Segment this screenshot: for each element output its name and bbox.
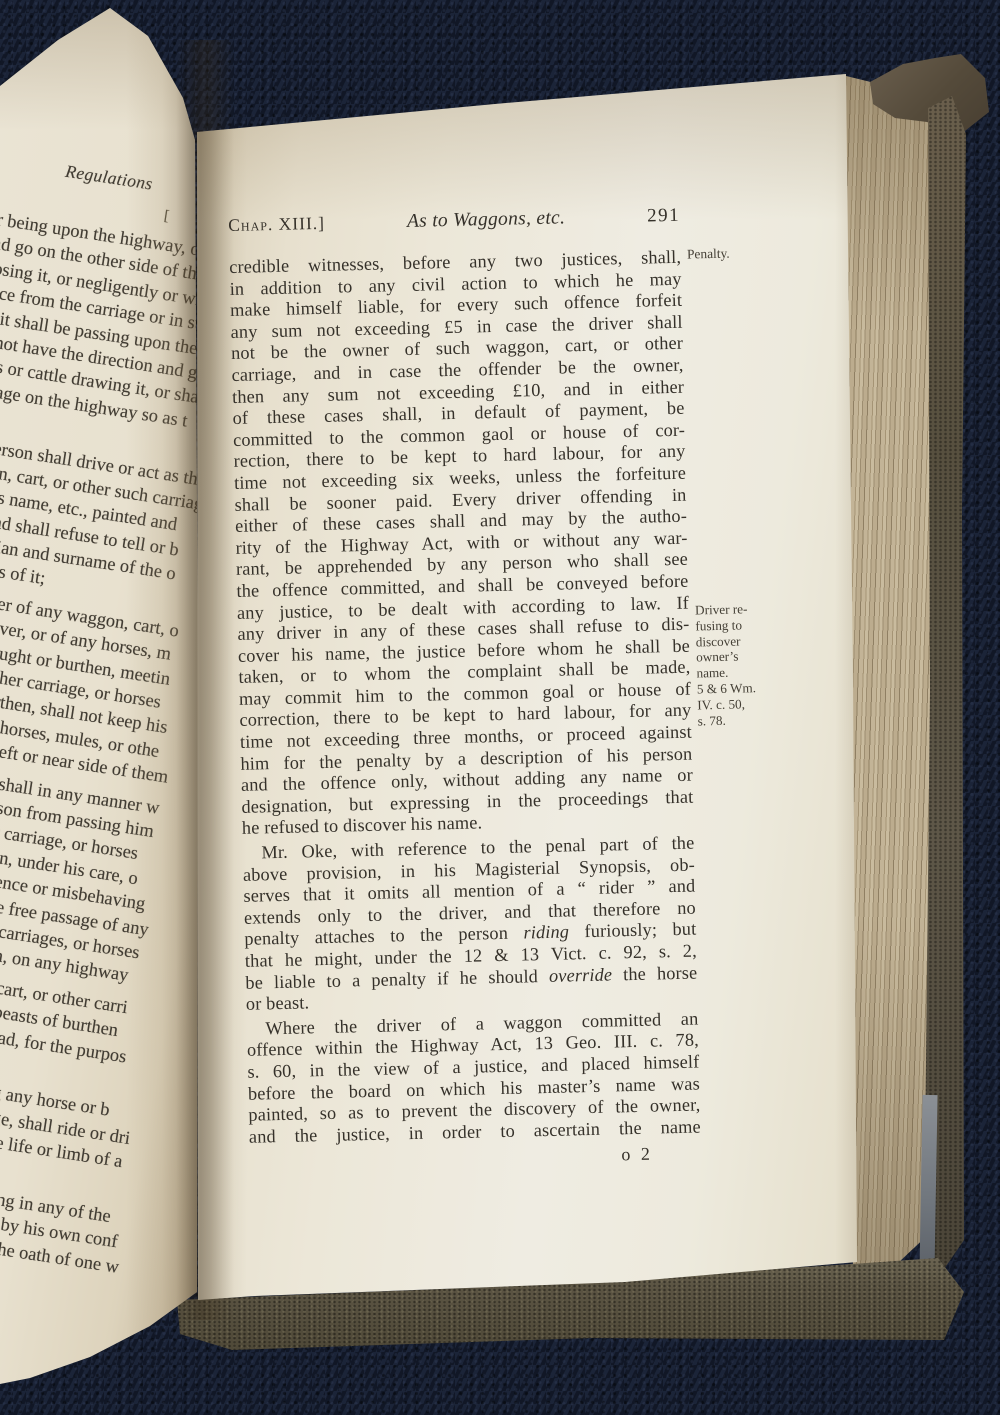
photo-background: { "colors": { "background_fabric": "#131… — [0, 0, 1000, 1415]
left-page: Regulations [ or being upon the highway,… — [0, 0, 198, 1392]
paragraph: Where the driver of a waggon committed a… — [246, 1008, 701, 1148]
margin-note-driver: Driver re-fusing todiscoverowner’sname.5… — [695, 600, 794, 729]
right-page: Chap. XIII.] As to Waggons, etc. 291 cre… — [195, 70, 861, 1302]
paragraph: Mr. Oke, with reference to the penal par… — [242, 833, 698, 1016]
margin-note-penalty: Penalty. — [687, 244, 783, 262]
signature-mark: o 2 — [621, 1144, 653, 1166]
right-page-top-shadow — [195, 70, 861, 220]
left-page-fold-shadow — [126, 0, 198, 1392]
paragraph: credible witnesses, before any two justi… — [229, 247, 694, 840]
cover-cloth-strip — [919, 1095, 937, 1273]
text-line: s. 78. — [697, 711, 793, 729]
running-title: As to Waggons, etc. — [407, 207, 566, 233]
page-number: 291 — [647, 205, 680, 228]
right-page-content: Chap. XIII.] As to Waggons, etc. 291 cre… — [228, 205, 701, 1148]
body-text: credible witnesses, before any two justi… — [229, 247, 701, 1148]
chapter-label: Chap. XIII.] — [228, 213, 325, 236]
